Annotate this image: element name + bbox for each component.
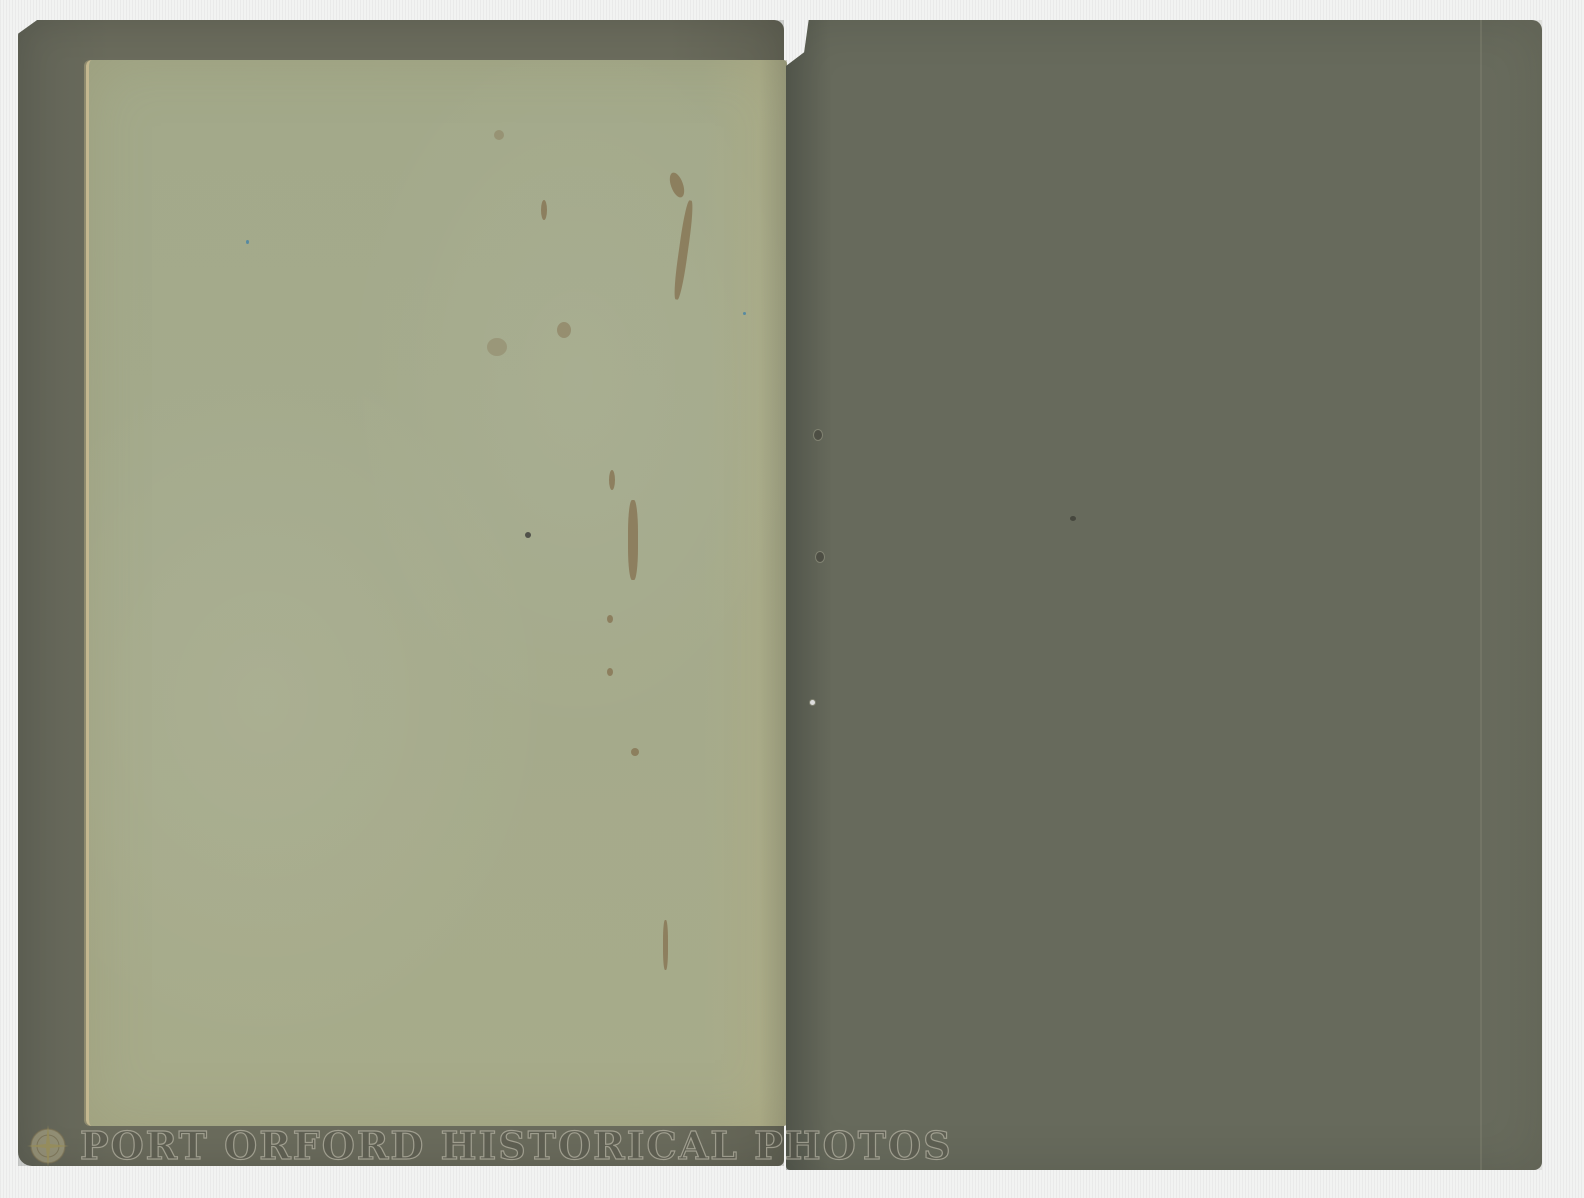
water-stain [607,668,613,676]
dark-speck [1070,516,1076,521]
staple-hole [814,430,822,440]
water-stain [609,470,615,490]
cover-shading [786,20,1542,1170]
watermark-text: PORT ORFORD HISTORICAL PHOTOS [80,1127,953,1165]
watermark: PORT ORFORD HISTORICAL PHOTOS [26,1122,953,1170]
staple-hole [810,700,815,705]
water-stain [663,920,668,970]
blue-speck [246,240,249,244]
compass-rose-icon [26,1124,70,1168]
water-stain [525,532,531,538]
water-stain [631,748,639,756]
water-stain [487,338,507,356]
water-stain [607,615,613,623]
water-stain [494,130,504,140]
staple-hole [816,552,824,562]
inner-booklet-page [86,60,787,1126]
cover-fold-line [1480,20,1482,1170]
right-front-cover [786,20,1542,1170]
blue-speck [743,312,746,315]
page-texture [89,60,787,1126]
water-stain [541,200,547,220]
water-stain [628,500,638,580]
water-stain [557,322,571,338]
